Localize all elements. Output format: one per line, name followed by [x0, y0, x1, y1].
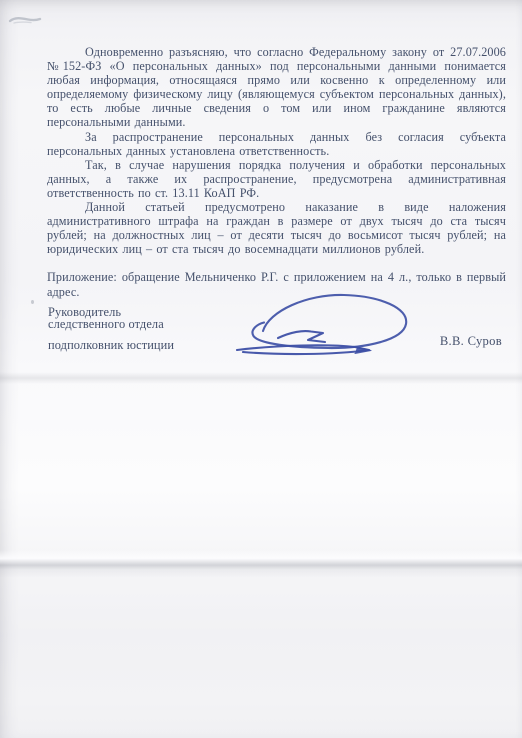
signoff-rank: подполковник юстиции — [48, 339, 174, 351]
paragraph-personal-data-definition: Одновременно разъясняю, что согласно Фед… — [47, 45, 506, 130]
paragraph-koap-article: Так, в случае нарушения порядка получени… — [47, 158, 506, 200]
paragraph-fines: Данной статьей предусмотрено наказание в… — [47, 200, 506, 256]
signatory-name: В.В. Суров — [440, 334, 502, 349]
scanned-letter-page: Одновременно разъясняю, что согласно Фед… — [0, 0, 522, 738]
fold-crease-main — [0, 550, 522, 578]
signature-scribble — [223, 287, 423, 365]
paragraph-responsibility: За распространение персональных данных б… — [47, 130, 506, 158]
pen-smudge-mark — [8, 14, 42, 26]
signoff-block: Руководитель следственного отдела подпол… — [48, 306, 174, 351]
dust-speck — [31, 300, 34, 304]
letter-body: Одновременно разъясняю, что согласно Фед… — [47, 45, 506, 299]
fold-crease-light — [0, 372, 522, 384]
signoff-title-line2: следственного отдела — [48, 318, 174, 330]
